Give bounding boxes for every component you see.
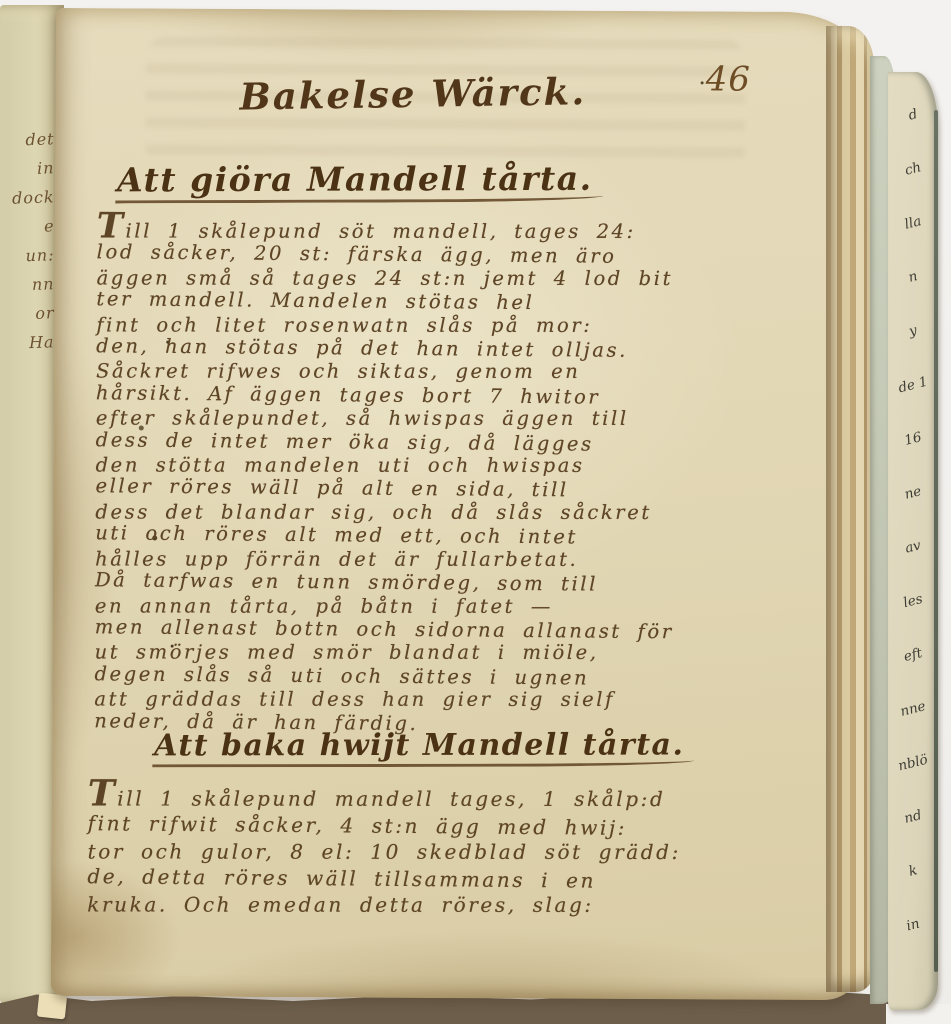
recipe-heading-text: Att baka hwijt Mandell tårta. (152, 727, 694, 767)
manuscript-line: hålles upp förrän det är fullarbetat. (95, 547, 674, 571)
left-page-fragments: detindockeun:nnorHa (12, 125, 55, 357)
recipe-heading-mandell-tarta: Att giöra Mandell tårta. (115, 159, 603, 204)
left-page-fragment: in (12, 153, 56, 183)
manuscript-page: Bakelse Wärck. 46 Att giöra Mandell tårt… (51, 8, 862, 1000)
manuscript-line: den stötta mandelen uti och hwispas (96, 454, 675, 478)
manuscript-line: uti och röres alt med ett, och intet (95, 521, 674, 549)
left-page-fragment: dock (12, 182, 56, 212)
manuscript-line: ter mandell. Mandelen stötas hel (96, 287, 675, 315)
manuscript-line: hårsikt. Af äggen tages bort 7 hwitor (96, 381, 675, 409)
manuscript-line: den, han stötas på det han intet olljas. (96, 334, 675, 362)
manuscript-line: fint rifwit såcker, 4 st:n ägg med hwij: (88, 810, 682, 842)
left-page-fragment: det (12, 124, 56, 154)
manuscript-line: tor och gulor, 8 el: 10 skedblad söt grä… (88, 838, 681, 865)
page-title: Bakelse Wärck. (239, 69, 586, 118)
recipe-body-mandell-tarta: Till 1 skålepund söt mandell, tages 24:l… (94, 214, 676, 736)
manuscript-line: kruka. Och emedan detta röres, slag: (87, 891, 680, 918)
manuscript-line: efter skålepundet, så hwispas äggen till (96, 407, 675, 431)
left-page-fragment: or (12, 298, 56, 328)
left-page-fragment: e (12, 211, 56, 241)
left-page-fragment: nn (12, 269, 56, 299)
outer-leaf-edge: dchllanyde 116neavleseftnnenblöndkin (888, 72, 938, 1010)
manuscript-line: fint och litet rosenwatn slås på mor: (96, 313, 675, 337)
manuscript-line: Till 1 skålepund mandell tages, 1 skålp:… (88, 783, 681, 812)
left-page-fragment: Ha (12, 327, 56, 357)
manuscript-line: ut smörjes med smör blandat i miöle, (95, 641, 674, 665)
protruding-page-corner (37, 993, 67, 1020)
manuscript-line: dess det blandar sig, och då slås såckre… (95, 500, 674, 524)
recipe-heading-hwijt-mandell-tarta: Att baka hwijt Mandell tårta. (152, 727, 694, 767)
recipe-heading-text: Att giöra Mandell tårta. (115, 159, 603, 204)
manuscript-line: de, detta röres wäll tillsammans i en (87, 863, 681, 895)
manuscript-line: eller röres wäll på alt en sida, till (95, 475, 674, 503)
right-edge-fragments: dchllanyde 116neavleseftnnenblöndkin (888, 88, 938, 952)
manuscript-line: att gräddas till dess han gier sig sielf (94, 688, 673, 712)
manuscript-line: Då tarfwas en tunn smördeg, som till (95, 568, 674, 596)
manuscript-photo: detindockeun:nnorHa Bakelse Wärck. 46 At… (0, 0, 951, 1024)
page-number: 46 (706, 59, 751, 99)
manuscript-line: Till 1 skålepund söt mandell, tages 24: (97, 215, 676, 243)
manuscript-line: men allenast bottn och sidorna allanast … (95, 615, 674, 643)
manuscript-line: en annan tårta, på båtn i fatet — (95, 594, 674, 618)
manuscript-line: dess de intet mer öka sig, då lägges (96, 428, 675, 456)
recipe-body-hwijt-mandell-tarta: Till 1 skålepund mandell tages, 1 skålp:… (87, 782, 681, 920)
left-page-fragment: un: (12, 240, 56, 270)
manuscript-line: lod såcker, 20 st: färska ägg, men äro (97, 241, 676, 269)
manuscript-line: degen slås så uti och sättes i ugnen (94, 662, 673, 690)
curled-page-edge-ridges (826, 26, 874, 992)
ink-specks (56, 8, 59, 11)
manuscript-line: Såckret rifwes och siktas, genom en (96, 360, 675, 384)
manuscript-line: äggen små så tages 24 st:n jemt 4 lod bi… (97, 266, 676, 290)
fore-edge-line (934, 110, 938, 973)
